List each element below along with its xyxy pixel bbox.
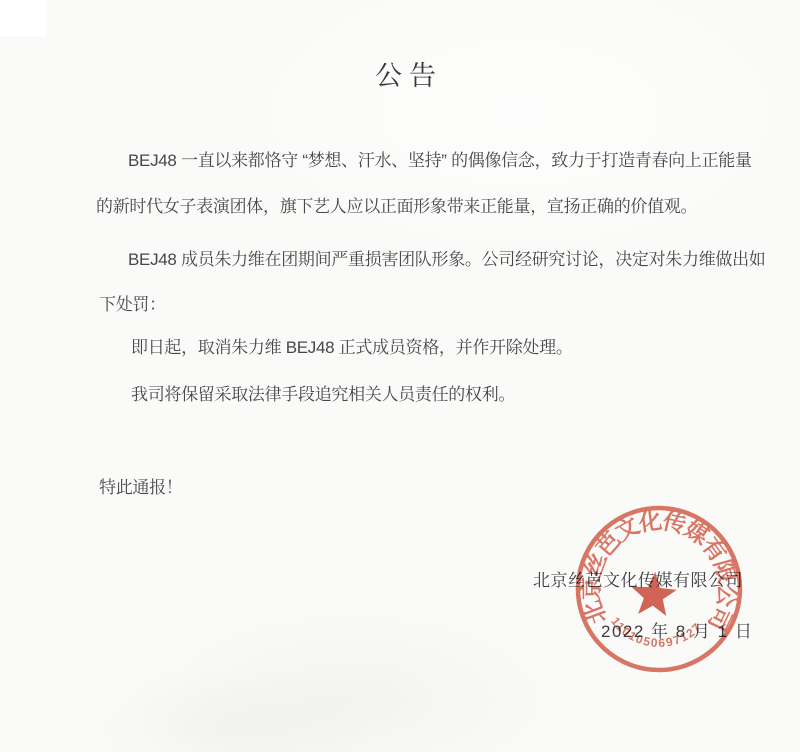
body-line: 我司将保留采取法律手段追究相关人员责任的权利。 [131,380,515,405]
body-line: BEJ48 成员朱力维在团期间严重损害团队形象。公司经研究讨论，决定对朱力维做出… [128,245,766,270]
body-line: 下处罚： [99,290,166,315]
signoff-line: 特此通报！ [99,473,183,498]
body-line: 即日起，取消朱力维 BEJ48 正式成员资格，并作开除处理。 [131,333,573,358]
announcement-title: 公告 [0,54,800,93]
star-icon [629,570,678,616]
body-line: 的新时代女子表演团体，旗下艺人应以正面形象带来正能量，宣扬正确的价值观。 [96,192,697,217]
announcement-document: 公告 BEJ48 一直以来都恪守 “梦想、汗水、坚持” 的偶像信念，致力于打造青… [0,0,800,752]
company-seal: 北京丝芭文化传媒有限公司 1101050697127 [564,494,754,684]
scan-corner-artifact [0,0,46,36]
body-line: BEJ48 一直以来都恪守 “梦想、汗水、坚持” 的偶像信念，致力于打造青春向上… [128,146,752,171]
seal-serial-number: 1101050697127 [607,614,706,654]
seal-ring-text: 北京丝芭文化传媒有限公司 [574,502,745,638]
